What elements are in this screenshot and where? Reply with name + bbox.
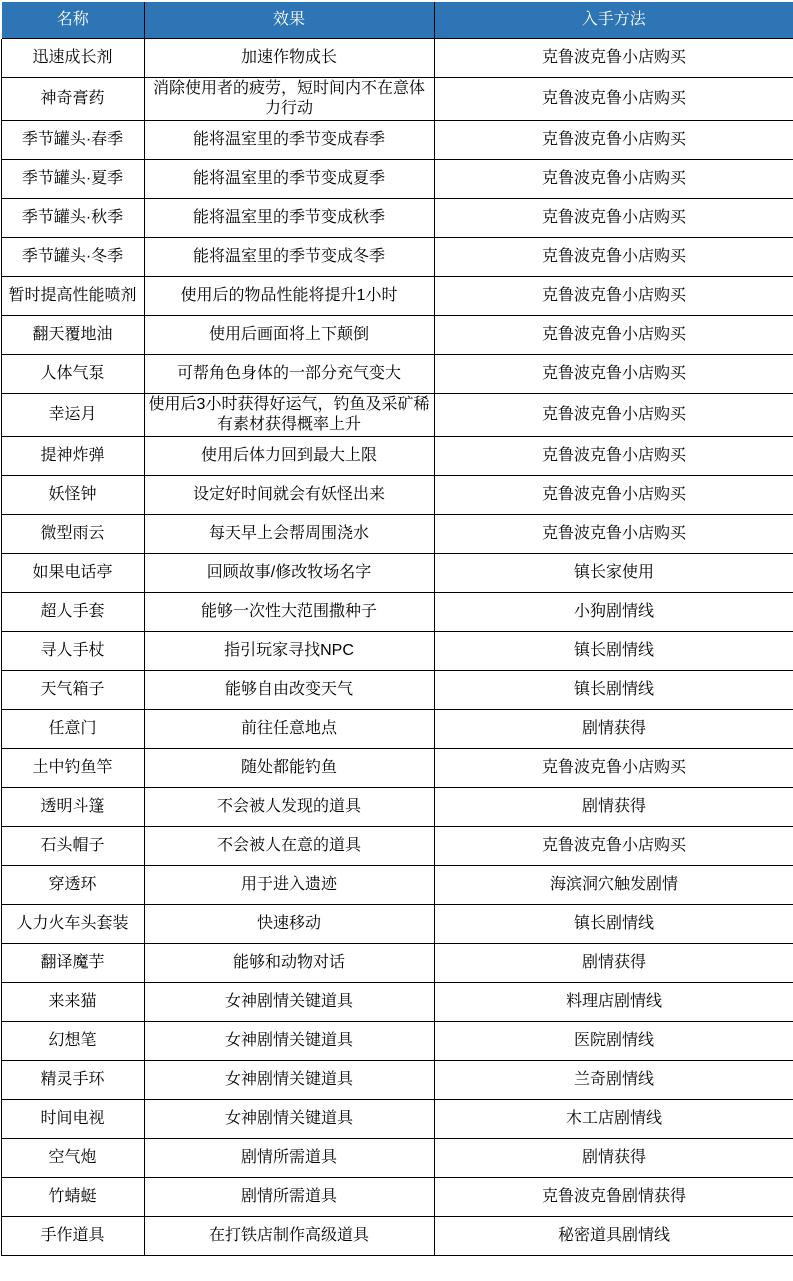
cell-effect: 使用后体力回到最大上限 [144, 436, 434, 475]
cell-name: 季节罐头·秋季 [1, 198, 144, 237]
table-row: 迅速成长剂加速作物成长克鲁波克鲁小店购买 [1, 38, 793, 77]
cell-name: 妖怪钟 [1, 475, 144, 514]
cell-effect: 不会被人发现的道具 [144, 787, 434, 826]
cell-source: 料理店剧情线 [434, 982, 793, 1021]
cell-source: 克鲁波克鲁小店购买 [434, 475, 793, 514]
items-table: 名称效果入手方法 迅速成长剂加速作物成长克鲁波克鲁小店购买神奇膏药消除使用者的疲… [0, 0, 793, 1256]
cell-effect: 能将温室里的季节变成秋季 [144, 198, 434, 237]
table-row: 季节罐头·春季能将温室里的季节变成春季克鲁波克鲁小店购买 [1, 120, 793, 159]
cell-source: 木工店剧情线 [434, 1099, 793, 1138]
table-row: 季节罐头·秋季能将温室里的季节变成秋季克鲁波克鲁小店购买 [1, 198, 793, 237]
cell-source: 剧情获得 [434, 787, 793, 826]
cell-effect: 使用后的物品性能将提升1小时 [144, 276, 434, 315]
cell-effect: 在打铁店制作高级道具 [144, 1216, 434, 1255]
cell-source: 小狗剧情线 [434, 592, 793, 631]
cell-effect: 不会被人在意的道具 [144, 826, 434, 865]
table-row: 石头帽子不会被人在意的道具克鲁波克鲁小店购买 [1, 826, 793, 865]
table-row: 暂时提高性能喷剂使用后的物品性能将提升1小时克鲁波克鲁小店购买 [1, 276, 793, 315]
cell-effect: 能够和动物对话 [144, 943, 434, 982]
cell-source: 克鲁波克鲁小店购买 [434, 120, 793, 159]
cell-name: 竹蜻蜓 [1, 1177, 144, 1216]
table-row: 手作道具在打铁店制作高级道具秘密道具剧情线 [1, 1216, 793, 1255]
cell-effect: 回顾故事/修改牧场名字 [144, 553, 434, 592]
cell-effect: 女神剧情关键道具 [144, 982, 434, 1021]
column-header-source: 入手方法 [434, 1, 793, 38]
cell-name: 翻天覆地油 [1, 315, 144, 354]
cell-effect: 女神剧情关键道具 [144, 1060, 434, 1099]
table-row: 天气箱子能够自由改变天气镇长剧情线 [1, 670, 793, 709]
cell-name: 时间电视 [1, 1099, 144, 1138]
cell-name: 透明斗篷 [1, 787, 144, 826]
cell-effect: 女神剧情关键道具 [144, 1021, 434, 1060]
cell-name: 任意门 [1, 709, 144, 748]
cell-source: 剧情获得 [434, 709, 793, 748]
column-header-name: 名称 [1, 1, 144, 38]
cell-source: 克鲁波克鲁小店购买 [434, 237, 793, 276]
table-row: 竹蜻蜓剧情所需道具克鲁波克鲁剧情获得 [1, 1177, 793, 1216]
cell-source: 兰奇剧情线 [434, 1060, 793, 1099]
cell-name: 季节罐头·夏季 [1, 159, 144, 198]
cell-name: 幻想笔 [1, 1021, 144, 1060]
cell-name: 土中钓鱼竿 [1, 748, 144, 787]
table-row: 幸运月使用后3小时获得好运气，钓鱼及采矿稀有素材获得概率上升克鲁波克鲁小店购买 [1, 393, 793, 436]
page: 名称效果入手方法 迅速成长剂加速作物成长克鲁波克鲁小店购买神奇膏药消除使用者的疲… [0, 0, 793, 1281]
cell-source: 医院剧情线 [434, 1021, 793, 1060]
cell-effect: 能够一次性大范围撒种子 [144, 592, 434, 631]
cell-name: 人体气泵 [1, 354, 144, 393]
cell-name: 精灵手环 [1, 1060, 144, 1099]
cell-source: 剧情获得 [434, 943, 793, 982]
cell-name: 石头帽子 [1, 826, 144, 865]
cell-source: 海滨洞穴触发剧情 [434, 865, 793, 904]
cell-source: 克鲁波克鲁小店购买 [434, 748, 793, 787]
cell-name: 穿透环 [1, 865, 144, 904]
table-row: 人力火车头套装快速移动镇长剧情线 [1, 904, 793, 943]
cell-effect: 每天早上会帮周围浇水 [144, 514, 434, 553]
cell-effect: 随处都能钓鱼 [144, 748, 434, 787]
table-row: 任意门前往任意地点剧情获得 [1, 709, 793, 748]
table-row: 透明斗篷不会被人发现的道具剧情获得 [1, 787, 793, 826]
table-row: 穿透环用于进入遗迹海滨洞穴触发剧情 [1, 865, 793, 904]
cell-source: 克鲁波克鲁小店购买 [434, 77, 793, 120]
cell-name: 暂时提高性能喷剂 [1, 276, 144, 315]
cell-effect: 消除使用者的疲劳，短时间内不在意体力行动 [144, 77, 434, 120]
table-row: 土中钓鱼竿随处都能钓鱼克鲁波克鲁小店购买 [1, 748, 793, 787]
cell-source: 克鲁波克鲁小店购买 [434, 393, 793, 436]
table-row: 空气炮剧情所需道具剧情获得 [1, 1138, 793, 1177]
cell-name: 季节罐头·春季 [1, 120, 144, 159]
cell-name: 幸运月 [1, 393, 144, 436]
cell-effect: 可帮角色身体的一部分充气变大 [144, 354, 434, 393]
table-row: 寻人手杖指引玩家寻找NPC镇长剧情线 [1, 631, 793, 670]
cell-source: 克鲁波克鲁小店购买 [434, 276, 793, 315]
cell-source: 克鲁波克鲁剧情获得 [434, 1177, 793, 1216]
table-row: 时间电视女神剧情关键道具木工店剧情线 [1, 1099, 793, 1138]
cell-effect: 使用后3小时获得好运气，钓鱼及采矿稀有素材获得概率上升 [144, 393, 434, 436]
cell-effect: 用于进入遗迹 [144, 865, 434, 904]
cell-name: 翻译魔芋 [1, 943, 144, 982]
table-row: 提神炸弹使用后体力回到最大上限克鲁波克鲁小店购买 [1, 436, 793, 475]
cell-source: 镇长剧情线 [434, 670, 793, 709]
cell-name: 超人手套 [1, 592, 144, 631]
cell-effect: 使用后画面将上下颠倒 [144, 315, 434, 354]
table-row: 季节罐头·夏季能将温室里的季节变成夏季克鲁波克鲁小店购买 [1, 159, 793, 198]
cell-source: 镇长剧情线 [434, 904, 793, 943]
table-row: 季节罐头·冬季能将温室里的季节变成冬季克鲁波克鲁小店购买 [1, 237, 793, 276]
table-body: 迅速成长剂加速作物成长克鲁波克鲁小店购买神奇膏药消除使用者的疲劳，短时间内不在意… [1, 38, 793, 1255]
cell-effect: 能将温室里的季节变成冬季 [144, 237, 434, 276]
cell-name: 人力火车头套装 [1, 904, 144, 943]
cell-source: 克鲁波克鲁小店购买 [434, 826, 793, 865]
cell-effect: 剧情所需道具 [144, 1177, 434, 1216]
cell-effect: 前往任意地点 [144, 709, 434, 748]
cell-source: 克鲁波克鲁小店购买 [434, 436, 793, 475]
cell-source: 镇长家使用 [434, 553, 793, 592]
cell-effect: 能将温室里的季节变成夏季 [144, 159, 434, 198]
cell-effect: 剧情所需道具 [144, 1138, 434, 1177]
cell-source: 克鲁波克鲁小店购买 [434, 159, 793, 198]
cell-source: 克鲁波克鲁小店购买 [434, 354, 793, 393]
table-row: 翻天覆地油使用后画面将上下颠倒克鲁波克鲁小店购买 [1, 315, 793, 354]
table-row: 精灵手环女神剧情关键道具兰奇剧情线 [1, 1060, 793, 1099]
cell-name: 如果电话亭 [1, 553, 144, 592]
cell-name: 提神炸弹 [1, 436, 144, 475]
cell-name: 迅速成长剂 [1, 38, 144, 77]
table-row: 人体气泵可帮角色身体的一部分充气变大克鲁波克鲁小店购买 [1, 354, 793, 393]
cell-name: 神奇膏药 [1, 77, 144, 120]
table-row: 超人手套能够一次性大范围撒种子小狗剧情线 [1, 592, 793, 631]
cell-source: 克鲁波克鲁小店购买 [434, 38, 793, 77]
table-header: 名称效果入手方法 [1, 1, 793, 38]
table-row: 来来猫女神剧情关键道具料理店剧情线 [1, 982, 793, 1021]
cell-name: 季节罐头·冬季 [1, 237, 144, 276]
cell-source: 剧情获得 [434, 1138, 793, 1177]
cell-name: 寻人手杖 [1, 631, 144, 670]
cell-name: 天气箱子 [1, 670, 144, 709]
header-row: 名称效果入手方法 [1, 1, 793, 38]
cell-effect: 快速移动 [144, 904, 434, 943]
table-row: 神奇膏药消除使用者的疲劳，短时间内不在意体力行动克鲁波克鲁小店购买 [1, 77, 793, 120]
cell-source: 秘密道具剧情线 [434, 1216, 793, 1255]
cell-effect: 指引玩家寻找NPC [144, 631, 434, 670]
cell-effect: 设定好时间就会有妖怪出来 [144, 475, 434, 514]
cell-effect: 能够自由改变天气 [144, 670, 434, 709]
cell-effect: 女神剧情关键道具 [144, 1099, 434, 1138]
cell-effect: 能将温室里的季节变成春季 [144, 120, 434, 159]
table-row: 如果电话亭回顾故事/修改牧场名字镇长家使用 [1, 553, 793, 592]
cell-name: 手作道具 [1, 1216, 144, 1255]
cell-effect: 加速作物成长 [144, 38, 434, 77]
cell-source: 克鲁波克鲁小店购买 [434, 198, 793, 237]
cell-name: 空气炮 [1, 1138, 144, 1177]
table-row: 妖怪钟设定好时间就会有妖怪出来克鲁波克鲁小店购买 [1, 475, 793, 514]
table-row: 翻译魔芋能够和动物对话剧情获得 [1, 943, 793, 982]
cell-name: 微型雨云 [1, 514, 144, 553]
cell-source: 克鲁波克鲁小店购买 [434, 315, 793, 354]
column-header-effect: 效果 [144, 1, 434, 38]
table-row: 幻想笔女神剧情关键道具医院剧情线 [1, 1021, 793, 1060]
cell-name: 来来猫 [1, 982, 144, 1021]
cell-source: 镇长剧情线 [434, 631, 793, 670]
table-row: 微型雨云每天早上会帮周围浇水克鲁波克鲁小店购买 [1, 514, 793, 553]
cell-source: 克鲁波克鲁小店购买 [434, 514, 793, 553]
